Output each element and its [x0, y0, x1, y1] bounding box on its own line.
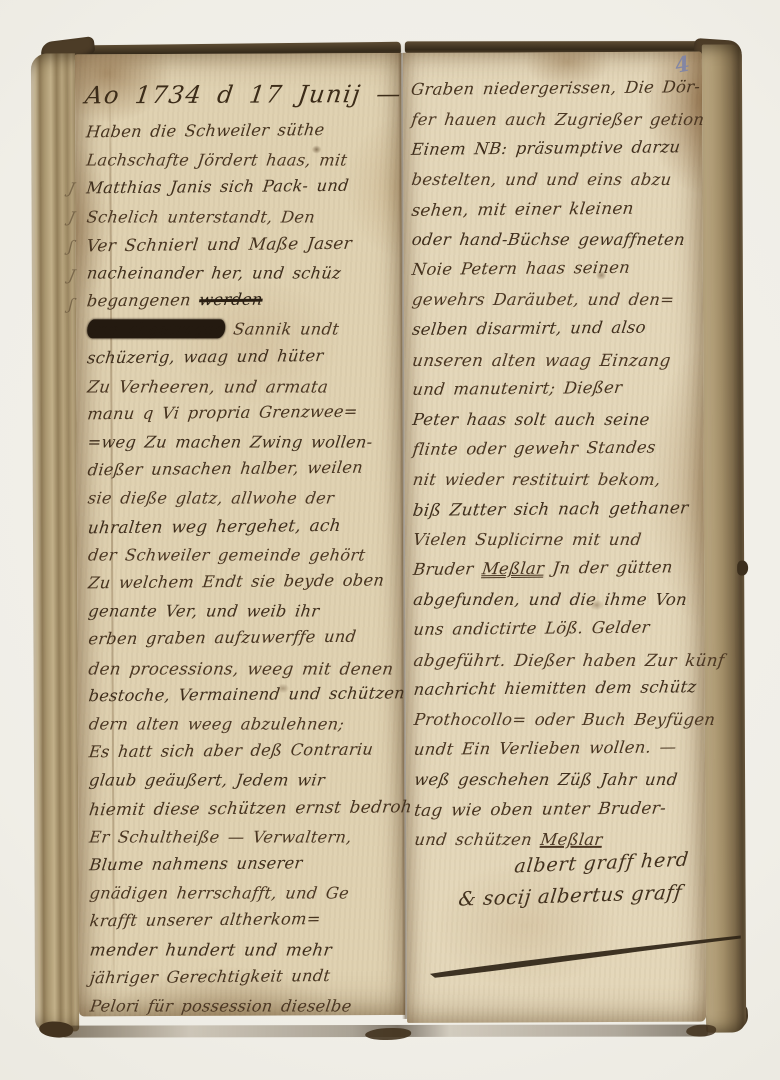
manuscript-line: Lachschafte Jördert haas, mit	[85, 146, 400, 174]
photo-background: JJʃJʃ Ao 1734 d 17 Junij — Haben die Sch…	[0, 0, 780, 1080]
manuscript-line: hiemit diese schützen ernst bedroh	[88, 792, 403, 823]
manuscript-line: nachricht hiemitten dem schütz	[412, 672, 708, 705]
manuscript-line: gnädigen herrschafft, und Ge	[88, 879, 403, 907]
worn-edge-blot-right	[686, 1025, 716, 1037]
manuscript-line: Schelich unterstandt, Den	[85, 203, 400, 231]
manuscript-line: =weg Zu machen Zwing wollen-	[86, 428, 401, 456]
worn-edge-blot-center	[365, 1028, 411, 1040]
manuscript-line: mender hundert und mehr	[88, 936, 403, 964]
manuscript-line: selben disarmirt, und also	[410, 312, 706, 345]
manuscript-line: uhralten weg hergehet, ach	[86, 510, 401, 541]
manuscript-line: gewehrs Daräubet, und den=	[410, 285, 706, 315]
clasp-remnant	[737, 560, 748, 575]
manuscript-line: abgefunden, und die ihme Von	[412, 585, 708, 615]
manuscript-line: jähriger Gerechtigkeit undt	[88, 961, 403, 992]
manuscript-line: bestoche, Vermainend und schützen	[87, 679, 402, 710]
manuscript-line: Zu welchem Endt sie beyde oben	[87, 566, 402, 597]
manuscript-line: manu q Vi propria Grenzwee=	[86, 397, 401, 428]
manuscript-line: Einem NB: präsumptive darzu	[410, 132, 706, 165]
manuscript-line: Zu Verheeren, und armata	[86, 372, 401, 400]
left-page-text: Ao 1734 d 17 Junij — Haben die Schweiler…	[85, 75, 401, 1020]
signature-line-2: & socij albertus graff	[457, 881, 683, 911]
manuscript-line: den processions, weeg mit denen	[87, 654, 402, 682]
manuscript-line: weß geschehen Züß Jahr und	[412, 765, 708, 795]
manuscript-line: genante Ver, und weib ihr	[87, 597, 402, 625]
manuscript-line: Pelori für possession dieselbe	[88, 992, 403, 1020]
manuscript-line: Blume nahmens unserer	[88, 848, 403, 879]
manuscript-line: begangenen werden	[85, 284, 400, 315]
manuscript-line: Vielen Suplicirne mit und	[411, 525, 707, 555]
right-page-text: Graben niedergerissen, Die Dör-fer hauen…	[410, 74, 705, 855]
manuscript-book: JJʃJʃ Ao 1734 d 17 Junij — Haben die Sch…	[31, 38, 746, 1035]
manuscript-line: der Schweiler gemeinde gehört	[86, 541, 401, 569]
right-cover-edge	[702, 44, 746, 1032]
left-page: JJʃJʃ Ao 1734 d 17 Junij — Haben die Sch…	[75, 53, 405, 1016]
ink-flourish	[425, 909, 745, 982]
manuscript-line: Es hatt sich aber deß Contrariu	[87, 735, 402, 766]
manuscript-line: bestelten, und und eins abzu	[410, 165, 706, 195]
manuscript-line: Matthias Janis sich Pack- und	[85, 172, 400, 203]
heading-date: Ao 1734 d 17 Junij —	[82, 75, 400, 118]
manuscript-line: unseren alten waag Einzang	[411, 345, 707, 375]
manuscript-line: und abgetragen Sannik undt	[85, 316, 400, 344]
manuscript-line: Haben die Schweiler süthe	[85, 115, 400, 146]
manuscript-line: Prothocollo= oder Buch Beyfügen	[412, 705, 708, 735]
right-page-lines: Graben niedergerissen, Die Dör-fer hauen…	[410, 74, 705, 855]
manuscript-line: Peter haas solt auch seine	[411, 405, 707, 435]
manuscript-line: abgeführt. Dießer haben Zur künf	[412, 645, 708, 675]
manuscript-line: Bruder Meßlar Jn der gütten	[412, 552, 708, 585]
manuscript-line: nacheinander her, und schüz	[85, 259, 400, 287]
manuscript-line: schüzerig, waag und hüter	[86, 341, 401, 372]
right-page: 4 Graben niedergerissen, Die Dör-fer hau…	[403, 52, 706, 1023]
manuscript-line: fer hauen auch Zugrießer getion	[409, 105, 705, 135]
manuscript-line: oder hand-Büchse gewaffneten	[410, 225, 706, 255]
manuscript-line: krafft unserer altherkom=	[88, 905, 403, 936]
manuscript-line: nit wieder restituirt bekom,	[411, 465, 707, 495]
manuscript-line: flinte oder gewehr Standes	[411, 432, 707, 465]
left-page-lines: Haben die Schweiler sütheLachschafte Jör…	[85, 117, 401, 1020]
manuscript-line: Er Schultheiße — Verwaltern,	[88, 823, 403, 851]
manuscript-line: sie dieße glatz, allwohe der	[86, 485, 401, 513]
margin-marks: JJʃJʃ	[68, 174, 75, 319]
manuscript-line: dießer unsachen halber, weilen	[86, 454, 401, 485]
manuscript-line: Ver Schnierl und Maße Jaser	[85, 228, 400, 259]
manuscript-line: tag wie oben unter Bruder-	[413, 792, 709, 825]
manuscript-line: erben graben aufzuwerffe und	[87, 623, 402, 654]
manuscript-line: und manutenirt; Dießer	[411, 372, 707, 405]
manuscript-line: dern alten weeg abzulehnen;	[87, 710, 402, 738]
manuscript-line: sehen, mit einer kleinen	[410, 192, 706, 225]
manuscript-line: Noie Petern haas seinen	[410, 252, 706, 285]
page-number: 4	[673, 51, 692, 78]
manuscript-line: biß Zutter sich nach gethaner	[411, 492, 707, 525]
manuscript-line: Graben niedergerissen, Die Dör-	[409, 72, 705, 105]
manuscript-line: glaub geäußert, Jedem wir	[87, 767, 402, 795]
manuscript-line: uns andictirte Löß. Gelder	[412, 612, 708, 645]
manuscript-line: undt Ein Verlieben wollen. —	[412, 732, 708, 765]
